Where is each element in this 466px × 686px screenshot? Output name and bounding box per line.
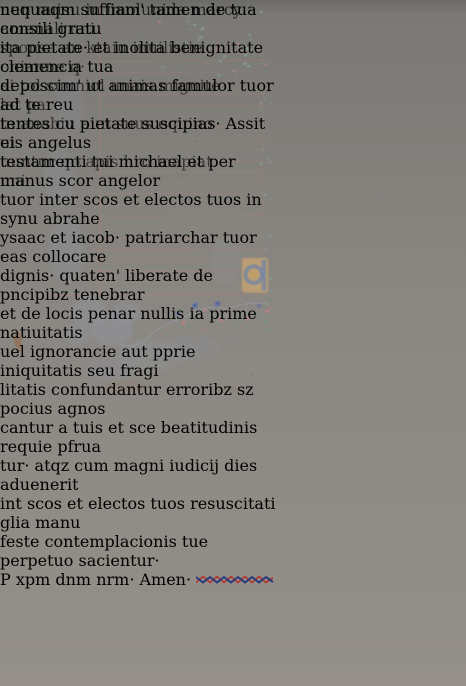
showthrough-line: uuntur qo apis hro inapiat uni [0,152,232,190]
showthrough-line: uun nuisu in imolunida marcy amenali uni [0,0,277,38]
showthrough-line: in anabiu aun suus equino ui [0,114,226,152]
text-line: feste contemplacionis tue perpetuo sacie… [0,532,277,570]
text-line: litatis confundantur erroribz sz pocius … [0,380,277,418]
showthrough-text: ai tol suuniol unais miguite lat pa [0,76,221,114]
text-line: ysaac et iacob· patriarchar tuor eas col… [0,228,277,266]
red-blue-zigzag-line-filler [196,574,274,585]
explicit-line: P xpm dnm nrm· Amen· [0,570,277,589]
showthrough-text: in anabiu aun suus equino ui [0,114,213,152]
showthrough-text: uuntur qo apis hro inapiat uni [0,152,213,190]
showthrough-line: sponsa an ktaiu inuilistie onianne q· [0,38,248,76]
gilt-initial-p: P [0,570,11,589]
text-line: cantur a tuis et sce beatitudinis requie… [0,418,277,456]
explicit-text: xpm dnm nrm· Amen· [16,570,191,589]
text-line: uel ignorancie aut pprie iniquitatis seu… [0,342,277,380]
showthrough-rubric: anne q· [25,57,85,76]
text-line: tuor inter scos et electos tuos in synu … [0,190,277,228]
parchment-page: nequaqm suffiam' tamen de tua consili gr… [0,0,277,190]
showthrough-text: uun nuisu in imolunida marcy amenali uni [0,0,242,38]
text-line: tur· atqz cum magni iudicij dies aduener… [0,456,277,494]
showthrough-line: ai tol suuniol unais miguite lat pa [0,76,240,114]
text-line: et de locis penar nullis ia prime natiui… [0,304,277,342]
text-line: int scos et electos tuos resuscitati gli… [0,494,277,532]
text-line: dignis· quaten' liberate de pncipibz ten… [0,266,277,304]
manuscript-photo: nequaqm suffiam' tamen de tua consili gr… [0,0,466,686]
